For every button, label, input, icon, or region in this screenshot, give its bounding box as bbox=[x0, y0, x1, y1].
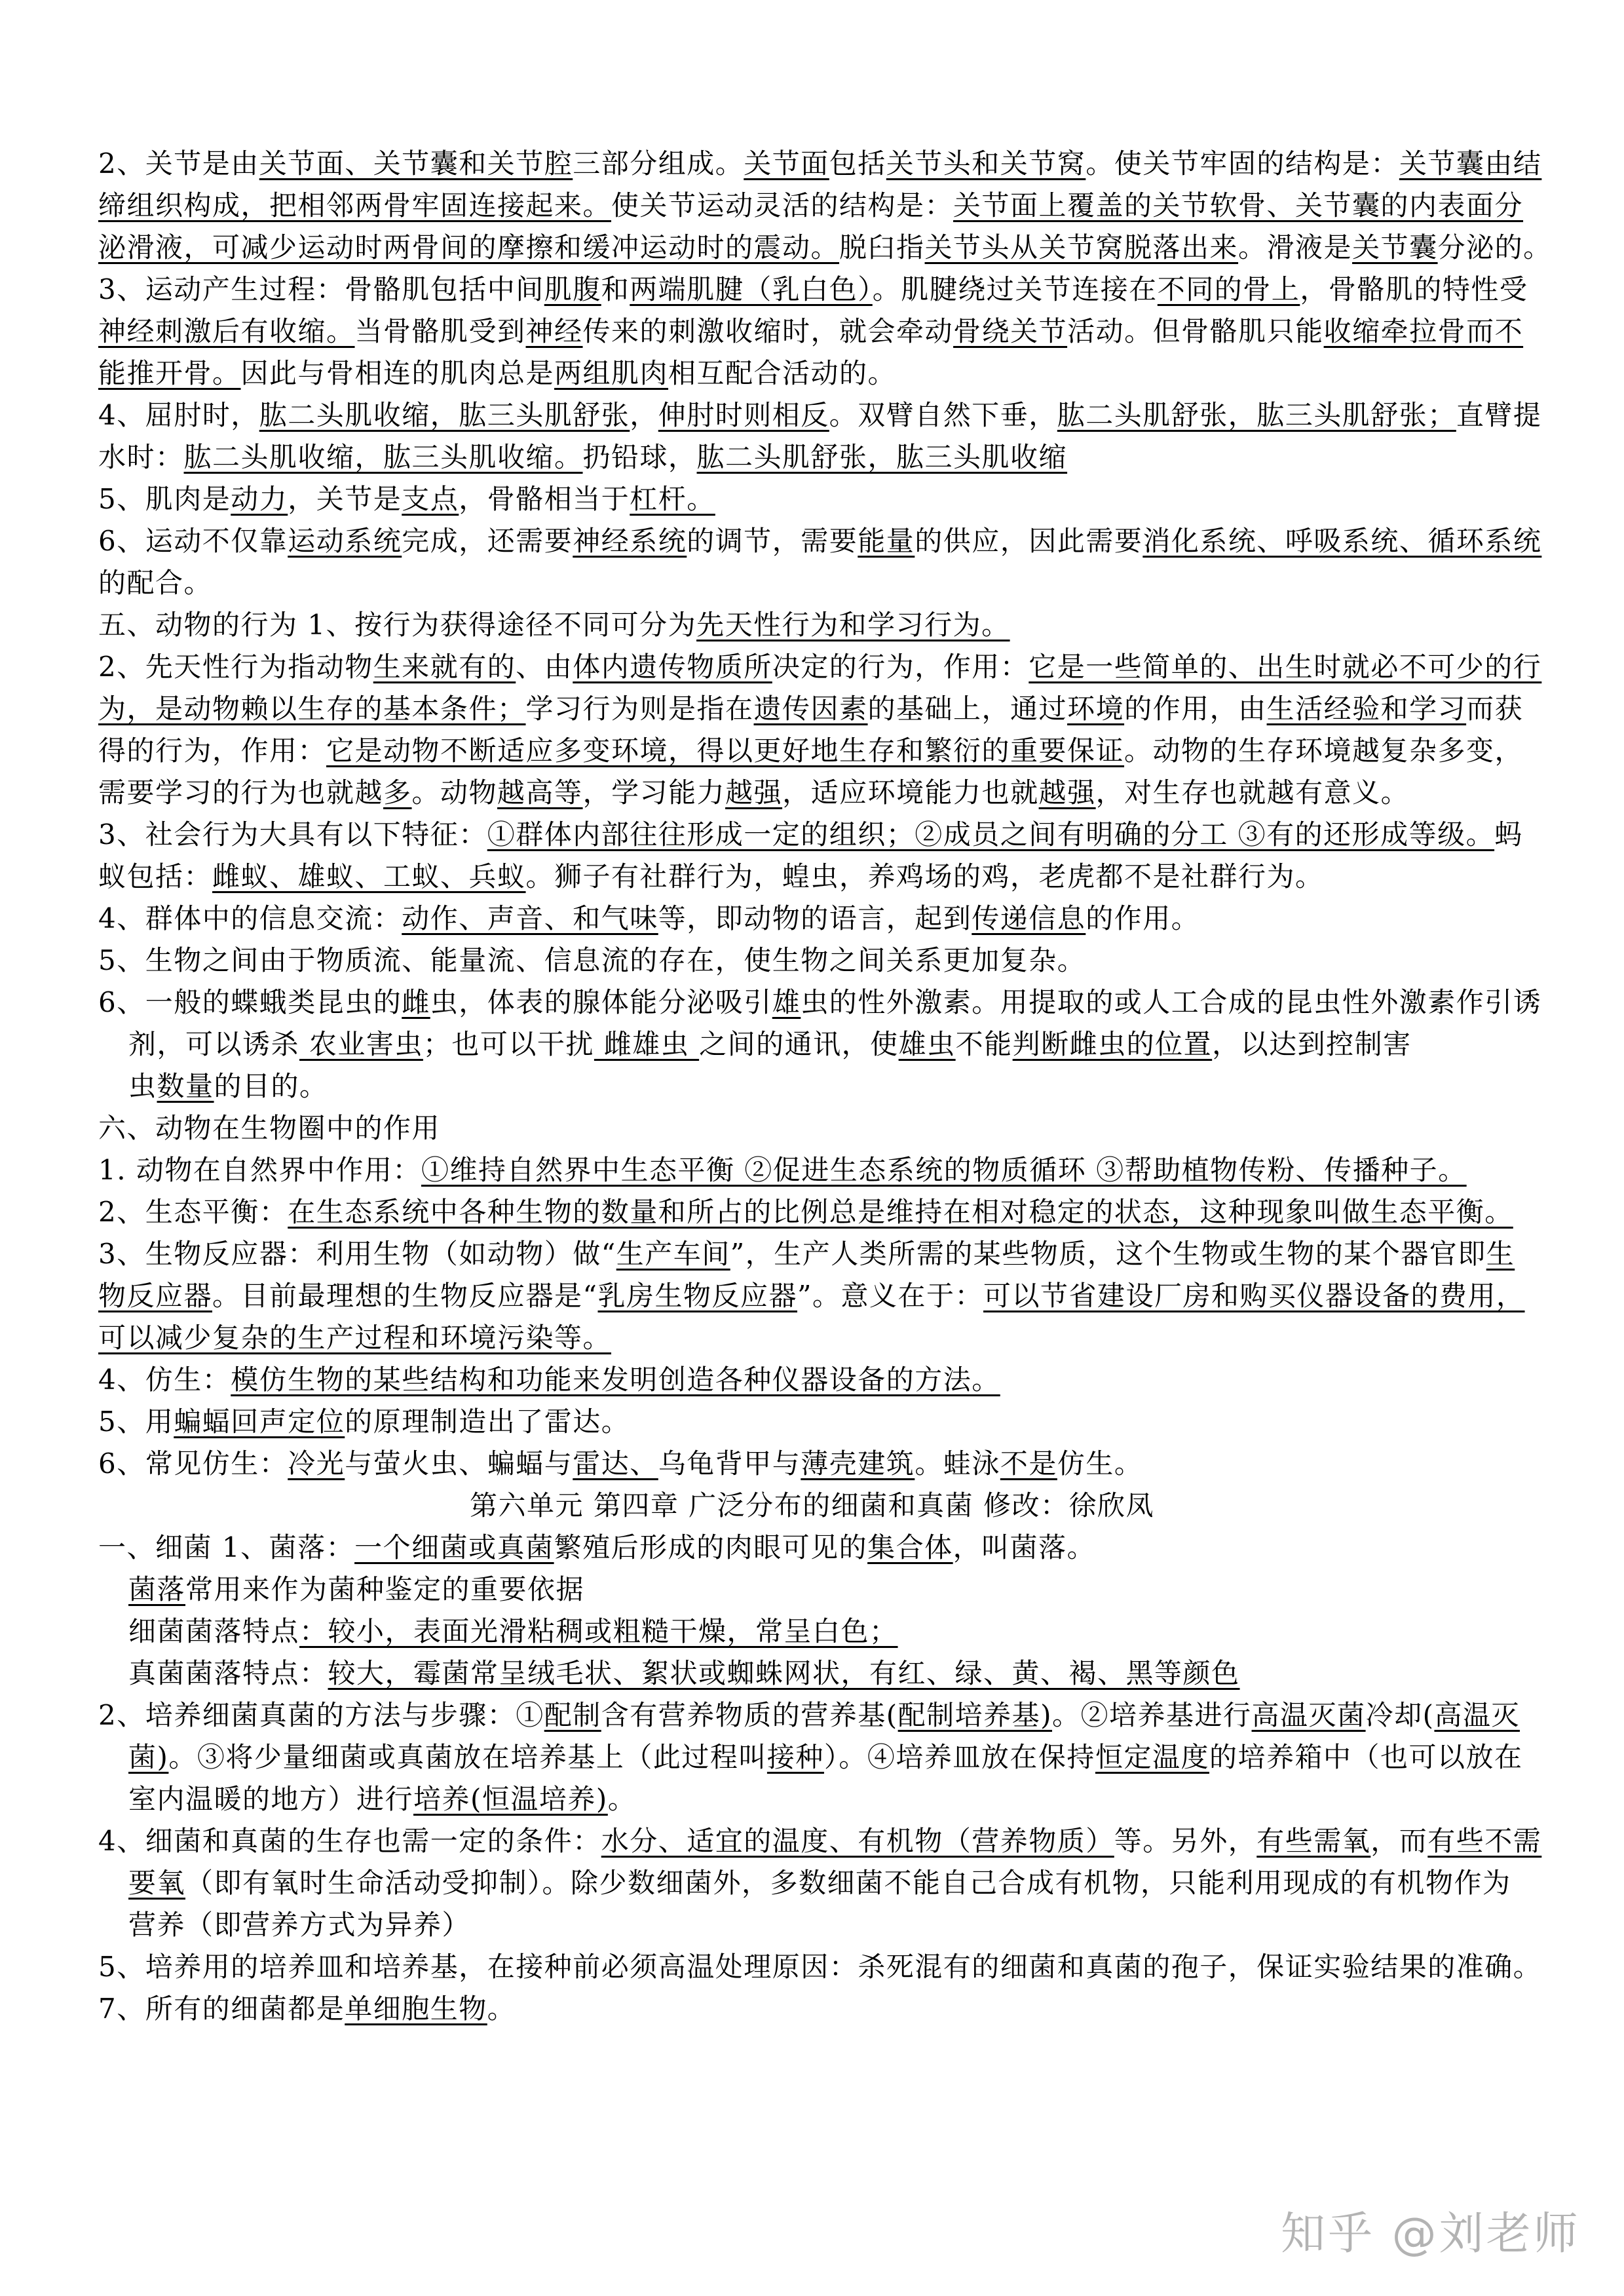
underlined-key-term: 动作、声音、和气味 bbox=[402, 902, 658, 934]
text-segment: 4、屈肘时， bbox=[98, 399, 259, 431]
text-line: 可以减少复杂的生产过程和环境污染等。 bbox=[98, 1317, 1539, 1359]
text-segment: 第六单元 第四章 广泛分布的细菌和真菌 修改：徐欣凤 bbox=[470, 1489, 1154, 1521]
text-line: 4、细菌和真菌的生存也需一定的条件：水分、适宜的温度、有机物（营养物质）等。另外… bbox=[98, 1820, 1539, 1862]
text-segment: 分泌的。 bbox=[1438, 231, 1552, 263]
text-segment: 3、生物反应器：利用生物（如动物）做“ bbox=[98, 1238, 616, 1270]
underlined-key-term: 不是 bbox=[1000, 1447, 1057, 1480]
text-line: 菌)。③将少量细菌或真菌放在培养基上（此过程叫接种）。④培养皿放在保持恒定温度的… bbox=[128, 1736, 1570, 1778]
underlined-key-term: 杠杆。 bbox=[630, 483, 715, 515]
underlined-key-term: 泌滑液，可减少运动时两骨间的摩擦和缓冲运动时的震动。 bbox=[98, 231, 839, 263]
text-segment: ”，生产人类所需的某些物质，这个生物或生物的某个器官即 bbox=[730, 1238, 1486, 1270]
underlined-key-term: 运动系统 bbox=[288, 525, 402, 557]
underlined-key-term: 伸肘时则相反 bbox=[658, 399, 829, 431]
underlined-key-term: 要氧 bbox=[128, 1867, 185, 1899]
text-line: 6、常见仿生：冷光与萤火虫、蝙蝠与雷达、乌龟背甲与薄壳建筑。蛙泳不是仿生。 bbox=[98, 1443, 1539, 1485]
text-segment: 。滑液是 bbox=[1238, 231, 1352, 263]
underlined-key-term: 肱二头肌舒张，肱三头肌舒张； bbox=[1057, 399, 1456, 431]
text-segment: ，叫菌落。 bbox=[953, 1531, 1096, 1563]
underlined-key-term: 关节头和关节窝 bbox=[886, 147, 1086, 180]
underlined-key-term: 关节面、关节囊和关节腔 bbox=[259, 147, 573, 180]
underlined-key-term: 能推开骨。 bbox=[98, 357, 241, 389]
text-line: 2、先天性行为指动物生来就有的、由体内遗传物质所决定的行为，作用：它是一些简单的… bbox=[98, 646, 1539, 688]
underlined-key-term: 神经系统 bbox=[573, 525, 687, 557]
underlined-key-term: 高温灭菌 bbox=[1252, 1699, 1366, 1731]
underlined-key-term: 它是一些简单的、出生时就必不可少的行 bbox=[1029, 651, 1541, 683]
text-segment: 。双臂自然下垂， bbox=[829, 399, 1057, 431]
text-segment: 的作用。 bbox=[1086, 902, 1199, 934]
text-segment: 营养（即营养方式为异养） bbox=[128, 1909, 470, 1941]
underlined-key-term: 乳房生物反应器 bbox=[598, 1280, 798, 1312]
text-segment: ，以达到控制害 bbox=[1212, 1028, 1412, 1060]
text-segment: 学习行为则是指在 bbox=[526, 693, 754, 725]
text-segment: 蚁包括： bbox=[98, 860, 212, 892]
underlined-key-term: 缔组织构成，把相邻两骨牢固连接起来。 bbox=[98, 189, 611, 221]
underlined-key-term: 两组肌肉 bbox=[554, 357, 668, 389]
underlined-key-term: 关节面 bbox=[744, 147, 829, 180]
text-segment: 3、社会行为大具有以下特征： bbox=[98, 818, 487, 851]
underlined-key-term: 雷达、 bbox=[573, 1447, 658, 1480]
text-segment: 1. bbox=[98, 1154, 126, 1186]
text-line: 得的行为，作用：它是动物不断适应多变环境，得以更好地生存和繁衍的重要保证。动物的… bbox=[98, 730, 1539, 772]
text-line: 4、群体中的信息交流：动作、声音、和气味等，即动物的语言，起到传递信息的作用。 bbox=[98, 898, 1539, 940]
text-line: 5、肌肉是动力，关节是支点，骨骼相当于杠杆。 bbox=[98, 478, 1539, 520]
text-segment: 3、运动产生过程：骨骼肌包括中间 bbox=[98, 273, 544, 305]
text-line: 室内温暖的地方）进行培养(恒温培养)。 bbox=[128, 1778, 1570, 1820]
text-segment: 剂，可以诱杀 bbox=[128, 1028, 299, 1060]
underlined-key-term: 高温灭 bbox=[1434, 1699, 1520, 1731]
underlined-key-term: 越强 bbox=[1039, 776, 1096, 809]
text-segment: 4、群体中的信息交流： bbox=[98, 902, 402, 934]
underlined-key-term: 有些不需 bbox=[1427, 1825, 1541, 1857]
underlined-key-term: 集合体 bbox=[867, 1531, 953, 1563]
text-segment: 。动物 bbox=[412, 776, 498, 809]
underlined-key-term: 骨绕关节 bbox=[953, 315, 1067, 347]
text-segment: ，对生存也就越有意义。 bbox=[1096, 776, 1410, 809]
underlined-key-term: 薄壳建筑 bbox=[801, 1447, 915, 1480]
text-segment: 2、先天性行为指动物 bbox=[98, 651, 373, 683]
text-line: 真菌菌落特点：较大，霉菌常呈绒毛状、絮状或蜘蛛网状，有红、绿、黄、褐、黑等颜色 bbox=[128, 1653, 1570, 1694]
underlined-key-term: ①群体内部往往形成一定的组织；②成员之间有明确的分工 ③有的还形成等级。 bbox=[487, 818, 1494, 851]
text-line: 菌落常用来作为菌种鉴定的重要依据 bbox=[128, 1569, 1570, 1611]
underlined-key-term: 蝙蝠回声定位 bbox=[174, 1406, 345, 1438]
text-line: 缔组织构成，把相邻两骨牢固连接起来。使关节运动灵活的结构是：关节面上覆盖的关节软… bbox=[98, 185, 1539, 227]
underlined-key-term: 雌 bbox=[402, 986, 430, 1018]
underlined-key-term: 雌蚁、雄蚁、工蚁、兵蚁 bbox=[212, 860, 526, 892]
text-segment: 的原理制造出了雷达。 bbox=[345, 1406, 630, 1438]
text-segment: 仿生。 bbox=[1057, 1447, 1143, 1480]
text-line: 虫数量的目的。 bbox=[128, 1065, 1570, 1107]
text-segment: 6、一般的蝶蛾类昆虫的 bbox=[98, 986, 402, 1018]
underlined-key-term: 单细胞生物 bbox=[345, 1993, 487, 2025]
underlined-key-term: 两端肌腱（乳白色） bbox=[630, 273, 873, 305]
underlined-key-term: 物反应器 bbox=[98, 1280, 212, 1312]
text-segment: 虫的性外激素。用提取的或人工合成的昆虫性外激素作引诱 bbox=[801, 986, 1541, 1018]
text-segment: （即有氧时生命活动受抑制）。除少数细菌外，多数细菌不能自己合成有机物，只能利用现… bbox=[185, 1867, 1511, 1899]
text-line: 物反应器。目前最理想的生物反应器是“乳房生物反应器”。意义在于：可以节省建设厂房… bbox=[98, 1275, 1539, 1317]
underlined-key-term: 模仿生物的某些结构和功能来发明创造各种仪器设备的方法。 bbox=[231, 1364, 1000, 1396]
text-line: 3、运动产生过程：骨骼肌包括中间肌腹和两端肌腱（乳白色）。肌腱绕过关节连接在不同… bbox=[98, 269, 1539, 311]
underlined-key-term: 配制培养基) bbox=[898, 1699, 1052, 1731]
text-segment: 五、动物的行为 1、按行为获得途径不同可分为 bbox=[98, 609, 696, 641]
text-segment: 完成，还需要 bbox=[402, 525, 573, 557]
text-line: 6、运动不仅靠运动系统完成，还需要神经系统的调节，需要能量的供应，因此需要消化系… bbox=[98, 520, 1539, 562]
underlined-key-term: 肱二头肌舒张，肱三头肌收缩 bbox=[697, 441, 1068, 473]
text-segment: 蚂 bbox=[1494, 818, 1523, 851]
underlined-key-term: 农业害虫 bbox=[299, 1028, 423, 1060]
text-segment: 4、仿生： bbox=[98, 1364, 231, 1396]
text-line: 六、动物在生物圈中的作用 bbox=[98, 1107, 1539, 1149]
text-segment: 细菌菌落特点 bbox=[128, 1615, 299, 1647]
underlined-key-term: 肌腹 bbox=[544, 273, 601, 305]
underlined-key-term: 不同的骨上 bbox=[1158, 273, 1300, 305]
text-segment: 决定的行为，作用： bbox=[772, 651, 1029, 683]
text-segment: 2、生态平衡： bbox=[98, 1196, 288, 1228]
text-segment: 水时： bbox=[98, 441, 184, 473]
text-segment: 的调节，需要 bbox=[687, 525, 858, 557]
text-segment: 含有营养物质的营养基( bbox=[601, 1699, 898, 1731]
text-line: 2、培养细菌真菌的方法与步骤：①配制含有营养物质的营养基(配制培养基)。②培养基… bbox=[98, 1694, 1539, 1736]
text-segment: ，而 bbox=[1370, 1825, 1427, 1857]
text-segment: 与萤火虫、蝙蝠与 bbox=[345, 1447, 573, 1480]
text-line: 水时：肱二头肌收缩，肱三头肌收缩。扔铅球，肱二头肌舒张，肱三头肌收缩 bbox=[98, 436, 1539, 478]
text-line: 需要学习的行为也就越多。动物越高等，学习能力越强，适应环境能力也就越强，对生存也… bbox=[98, 772, 1539, 814]
underlined-key-term: 生来就有的 bbox=[373, 651, 516, 683]
text-segment: 和 bbox=[601, 273, 630, 305]
text-segment: 的基础上，通过 bbox=[868, 693, 1068, 725]
underlined-key-term: 肱二头肌收缩，肱三头肌收缩。 bbox=[184, 441, 583, 473]
text-line: 3、生物反应器：利用生物（如动物）做“生产车间”，生产人类所需的某些物质，这个生… bbox=[98, 1233, 1539, 1275]
text-segment: 得的行为，作用： bbox=[98, 735, 326, 767]
text-segment: 三部分组成。 bbox=[573, 147, 744, 180]
text-segment: 。 bbox=[608, 1783, 637, 1815]
text-segment: 的培养箱中（也可以放在 bbox=[1209, 1741, 1523, 1773]
text-segment: 之间的通讯，使 bbox=[699, 1028, 899, 1060]
text-line: 7、所有的细菌都是单细胞生物。 bbox=[98, 1988, 1539, 2030]
text-segment: 脱臼指 bbox=[839, 231, 925, 263]
text-segment: 冷却( bbox=[1366, 1699, 1435, 1731]
text-segment: 5、培养用的培养皿和培养基，在接种前必须高温处理原因：杀死混有的细菌和真菌的孢子… bbox=[98, 1951, 1541, 1983]
text-segment: 2、培养细菌真菌的方法与步骤：① bbox=[98, 1699, 544, 1731]
text-segment: ，适应环境能力也就 bbox=[782, 776, 1039, 809]
underlined-key-term: 菌落 bbox=[128, 1573, 185, 1605]
underlined-key-term: 遗传因素 bbox=[754, 693, 868, 725]
text-segment: 直臂提 bbox=[1456, 399, 1542, 431]
underlined-key-term: 雄虫 bbox=[899, 1028, 956, 1060]
underlined-key-term: ：较小，表面光滑粘稠或粗糙干燥，常呈白色； bbox=[299, 1615, 898, 1647]
underlined-key-term: 环境 bbox=[1067, 693, 1124, 725]
text-segment: ，学习能力 bbox=[583, 776, 726, 809]
text-line: 泌滑液，可减少运动时两骨间的摩擦和缓冲运动时的震动。脱臼指关节头从关节窝脱落出来… bbox=[98, 227, 1539, 269]
text-segment: 传来的刺激收缩时，就会牵动 bbox=[583, 315, 954, 347]
text-segment: 当骨骼肌受到 bbox=[355, 315, 526, 347]
text-segment: 。③将少量细菌或真菌放在培养基上（此过程叫 bbox=[168, 1741, 767, 1773]
text-segment: ”。意义在于： bbox=[797, 1280, 983, 1312]
underlined-key-term: 菌) bbox=[128, 1741, 168, 1773]
text-line: 的配合。 bbox=[98, 562, 1539, 604]
text-segment: 而获 bbox=[1466, 693, 1523, 725]
underlined-key-term: 传递信息 bbox=[972, 902, 1086, 934]
text-segment: ， bbox=[630, 399, 658, 431]
underlined-key-term: 越高等 bbox=[497, 776, 583, 809]
text-line: 5、生物之间由于物质流、能量流、信息流的存在，使生物之间关系更加复杂。 bbox=[98, 940, 1539, 982]
zhihu-watermark: 知乎 @刘老师 bbox=[1281, 2198, 1581, 2262]
underlined-key-term: 体内遗传物质所 bbox=[573, 651, 772, 683]
text-line: 营养（即营养方式为异养） bbox=[128, 1904, 1570, 1946]
text-line: 神经刺激后有收缩。当骨骼肌受到神经传来的刺激收缩时，就会牵动骨绕关节活动。但骨骼… bbox=[98, 311, 1539, 353]
underlined-key-term: 动力 bbox=[231, 483, 288, 515]
underlined-key-term: 关节面上覆盖的关节软骨、关节囊的内表面分 bbox=[953, 189, 1523, 221]
underlined-key-term: 消化系统、呼吸系统、循环系统 bbox=[1142, 525, 1541, 557]
underlined-key-term: 可以节省建设厂房和购买仪器设备的费用， bbox=[983, 1280, 1525, 1312]
text-line: 蚁包括：雌蚁、雄蚁、工蚁、兵蚁。狮子有社群行为，蝗虫，养鸡场的鸡，老虎都不是社群… bbox=[98, 856, 1539, 898]
text-line: 3、社会行为大具有以下特征：①群体内部往往形成一定的组织；②成员之间有明确的分工… bbox=[98, 814, 1539, 856]
underlined-key-term: 配制 bbox=[544, 1699, 601, 1731]
text-line: 4、仿生：模仿生物的某些结构和功能来发明创造各种仪器设备的方法。 bbox=[98, 1359, 1539, 1401]
underlined-key-term: 收缩牵拉骨而不 bbox=[1324, 315, 1524, 347]
underlined-key-term: 先天性行为和学习行为。 bbox=[696, 609, 1010, 641]
text-segment: 的目的。 bbox=[214, 1070, 328, 1102]
text-segment: 室内温暖的地方）进行 bbox=[128, 1783, 413, 1815]
text-segment: 。 bbox=[487, 1993, 516, 2025]
underlined-key-term: 关节囊 bbox=[1352, 231, 1438, 263]
underlined-key-term: 可以减少复杂的生产过程和环境污染等。 bbox=[98, 1322, 611, 1354]
text-segment: 5、用 bbox=[98, 1406, 174, 1438]
text-segment: 等。另外， bbox=[1114, 1825, 1257, 1857]
text-line: 6、一般的蝶蛾类昆虫的雌虫，体表的腺体能分泌吸引雄虫的性外激素。用提取的或人工合… bbox=[98, 982, 1539, 1024]
underlined-key-term: 能量 bbox=[858, 525, 915, 557]
text-line: 为，是动物赖以生存的基本条件；学习行为则是指在遗传因素的基础上，通过环境的作用，… bbox=[98, 688, 1539, 730]
text-segment: 因此与骨相连的肌肉总是 bbox=[241, 357, 555, 389]
text-segment: 动物在自然界中作用： bbox=[126, 1154, 421, 1186]
text-segment: 繁殖后形成的肉眼可见的 bbox=[554, 1531, 868, 1563]
text-segment: ，骨骼相当于 bbox=[459, 483, 630, 515]
text-segment: 扔铅球， bbox=[583, 441, 697, 473]
text-segment: 。使关节牢固的结构是： bbox=[1086, 147, 1399, 180]
underlined-key-term: 一个细菌或真菌 bbox=[354, 1531, 554, 1563]
text-segment: 活动。但骨骼肌只能 bbox=[1067, 315, 1324, 347]
underlined-key-term: 雄 bbox=[772, 986, 801, 1018]
underlined-key-term: 神经刺激后有收缩。 bbox=[98, 315, 355, 347]
underlined-key-term: 支点 bbox=[402, 483, 459, 515]
text-line: 要氧（即有氧时生命活动受抑制）。除少数细菌外，多数细菌不能自己合成有机物，只能利… bbox=[128, 1862, 1570, 1904]
underlined-key-term: 生活经验和学习 bbox=[1267, 693, 1467, 725]
text-line: 一、细菌 1、菌落：一个细菌或真菌繁殖后形成的肉眼可见的集合体，叫菌落。 bbox=[98, 1527, 1539, 1569]
text-segment: 6、常见仿生： bbox=[98, 1447, 288, 1480]
underlined-key-term: 肱二头肌收缩，肱三头肌舒张 bbox=[259, 399, 630, 431]
underlined-key-term: 生 bbox=[1486, 1238, 1515, 1270]
text-segment: 。动物的生存环境越复杂多变， bbox=[1124, 735, 1523, 767]
text-segment: 六、动物在生物圈中的作用 bbox=[98, 1112, 440, 1144]
text-line: 2、关节是由关节面、关节囊和关节腔三部分组成。关节面包括关节头和关节窝。使关节牢… bbox=[98, 143, 1539, 185]
text-segment: 需要学习的行为也就越 bbox=[98, 776, 383, 809]
text-segment: 相互配合活动的。 bbox=[668, 357, 896, 389]
text-segment: ；也可以干扰 bbox=[423, 1028, 594, 1060]
text-segment: 的配合。 bbox=[98, 567, 212, 599]
text-segment: ，关节是 bbox=[288, 483, 402, 515]
underlined-key-term: 越强 bbox=[725, 776, 782, 809]
underlined-key-term: 多 bbox=[383, 776, 412, 809]
text-segment: 。目前最理想的生物反应器是“ bbox=[212, 1280, 597, 1312]
text-segment: 等，即动物的语言，起到 bbox=[658, 902, 972, 934]
text-segment: 2、关节是由 bbox=[98, 147, 259, 180]
underlined-key-term: 为，是动物赖以生存的基本条件； bbox=[98, 693, 526, 725]
text-line: 能推开骨。因此与骨相连的肌肉总是两组肌肉相互配合活动的。 bbox=[98, 353, 1539, 394]
underlined-key-term: 判断雌虫的位置 bbox=[1013, 1028, 1213, 1060]
underlined-key-term: 较大，霉菌常呈绒毛状、絮状或蜘蛛网状，有红、绿、黄、褐、黑等颜色 bbox=[328, 1657, 1240, 1689]
underlined-key-term: 冷光 bbox=[288, 1447, 345, 1480]
text-segment: 4、细菌和真菌的生存也需一定的条件： bbox=[98, 1825, 601, 1857]
text-line: 4、屈肘时，肱二头肌收缩，肱三头肌舒张，伸肘时则相反。双臂自然下垂，肱二头肌舒张… bbox=[98, 394, 1539, 436]
text-segment: 真菌菌落特点： bbox=[128, 1657, 328, 1689]
text-segment: ）。④培养皿放在保持 bbox=[824, 1741, 1095, 1773]
text-segment: 乌龟背甲与 bbox=[658, 1447, 801, 1480]
underlined-key-term: 在生态系统中各种生物的数量和所占的比例总是维持在相对稳定的状态，这种现象叫做生态… bbox=[288, 1196, 1513, 1228]
text-segment: 不能 bbox=[956, 1028, 1013, 1060]
text-segment: 使关节运动灵活的结构是： bbox=[611, 189, 953, 221]
underlined-key-term: 生产车间 bbox=[616, 1238, 730, 1270]
underlined-key-term: 神经 bbox=[526, 315, 583, 347]
text-segment: 。肌腱绕过关节连接在 bbox=[873, 273, 1158, 305]
text-line: 2、生态平衡：在生态系统中各种生物的数量和所占的比例总是维持在相对稳定的状态，这… bbox=[98, 1191, 1539, 1233]
underlined-key-term: 数量 bbox=[157, 1070, 214, 1102]
text-segment: 包括 bbox=[829, 147, 886, 180]
underlined-key-term: 有些需氧 bbox=[1256, 1825, 1370, 1857]
underlined-key-term: 它是动物不断适应多变环境，得以更好地生存和繁衍的重要保证 bbox=[326, 735, 1124, 767]
text-segment: 的供应，因此需要 bbox=[915, 525, 1142, 557]
text-segment: 。狮子有社群行为，蝗虫，养鸡场的鸡，老虎都不是社群行为。 bbox=[526, 860, 1324, 892]
text-segment: 一、细菌 1、菌落： bbox=[98, 1531, 354, 1563]
document-page: 2、关节是由关节面、关节囊和关节腔三部分组成。关节面包括关节头和关节窝。使关节牢… bbox=[0, 0, 1624, 2296]
text-segment: 常用来作为菌种鉴定的重要依据 bbox=[185, 1573, 584, 1605]
underlined-key-term: 关节头从关节窝脱落出来 bbox=[925, 231, 1239, 263]
text-line: 五、动物的行为 1、按行为获得途径不同可分为先天性行为和学习行为。 bbox=[98, 604, 1539, 646]
text-segment: 7、所有的细菌都是 bbox=[98, 1993, 345, 2025]
underlined-key-term: 培养(恒温培养) bbox=[413, 1783, 608, 1815]
text-segment: 、由 bbox=[516, 651, 573, 683]
text-segment: 虫 bbox=[128, 1070, 157, 1102]
underlined-key-term: 恒定温度 bbox=[1095, 1741, 1209, 1773]
underlined-key-term: ①维持自然界中生态平衡 ②促进生态系统的物质循环 ③帮助植物传粉、传播种子。 bbox=[421, 1154, 1467, 1186]
text-segment: 6、运动不仅靠 bbox=[98, 525, 288, 557]
text-segment: ，骨骼肌的特性受 bbox=[1300, 273, 1528, 305]
text-line: 5、培养用的培养皿和培养基，在接种前必须高温处理原因：杀死混有的细菌和真菌的孢子… bbox=[98, 1946, 1539, 1988]
text-line: 剂，可以诱杀 农业害虫；也可以干扰 雌雄虫 之间的通讯，使雄虫不能判断雌虫的位置… bbox=[128, 1024, 1570, 1065]
text-line: 细菌菌落特点：较小，表面光滑粘稠或粗糙干燥，常呈白色； bbox=[128, 1611, 1570, 1653]
text-line: 5、用蝙蝠回声定位的原理制造出了雷达。 bbox=[98, 1401, 1539, 1443]
chapter-heading: 第六单元 第四章 广泛分布的细菌和真菌 修改：徐欣凤 bbox=[0, 1485, 1624, 1527]
text-segment: 的作用，由 bbox=[1124, 693, 1267, 725]
text-segment: 。蛙泳 bbox=[915, 1447, 1000, 1480]
underlined-key-term: 雌雄虫 bbox=[594, 1028, 699, 1060]
text-segment: 虫，体表的腺体能分泌吸引 bbox=[430, 986, 772, 1018]
underlined-key-term: 接种 bbox=[767, 1741, 824, 1773]
text-segment: 5、生物之间由于物质流、能量流、信息流的存在，使生物之间关系更加复杂。 bbox=[98, 944, 1086, 976]
underlined-key-term: 水分、适宜的温度、有机物（营养物质） bbox=[601, 1825, 1114, 1857]
text-segment: 。②培养基进行 bbox=[1052, 1699, 1252, 1731]
text-line: 1. 动物在自然界中作用：①维持自然界中生态平衡 ②促进生态系统的物质循环 ③帮… bbox=[98, 1149, 1539, 1191]
text-segment: 5、肌肉是 bbox=[98, 483, 231, 515]
underlined-key-term: 关节囊由结 bbox=[1399, 147, 1542, 180]
